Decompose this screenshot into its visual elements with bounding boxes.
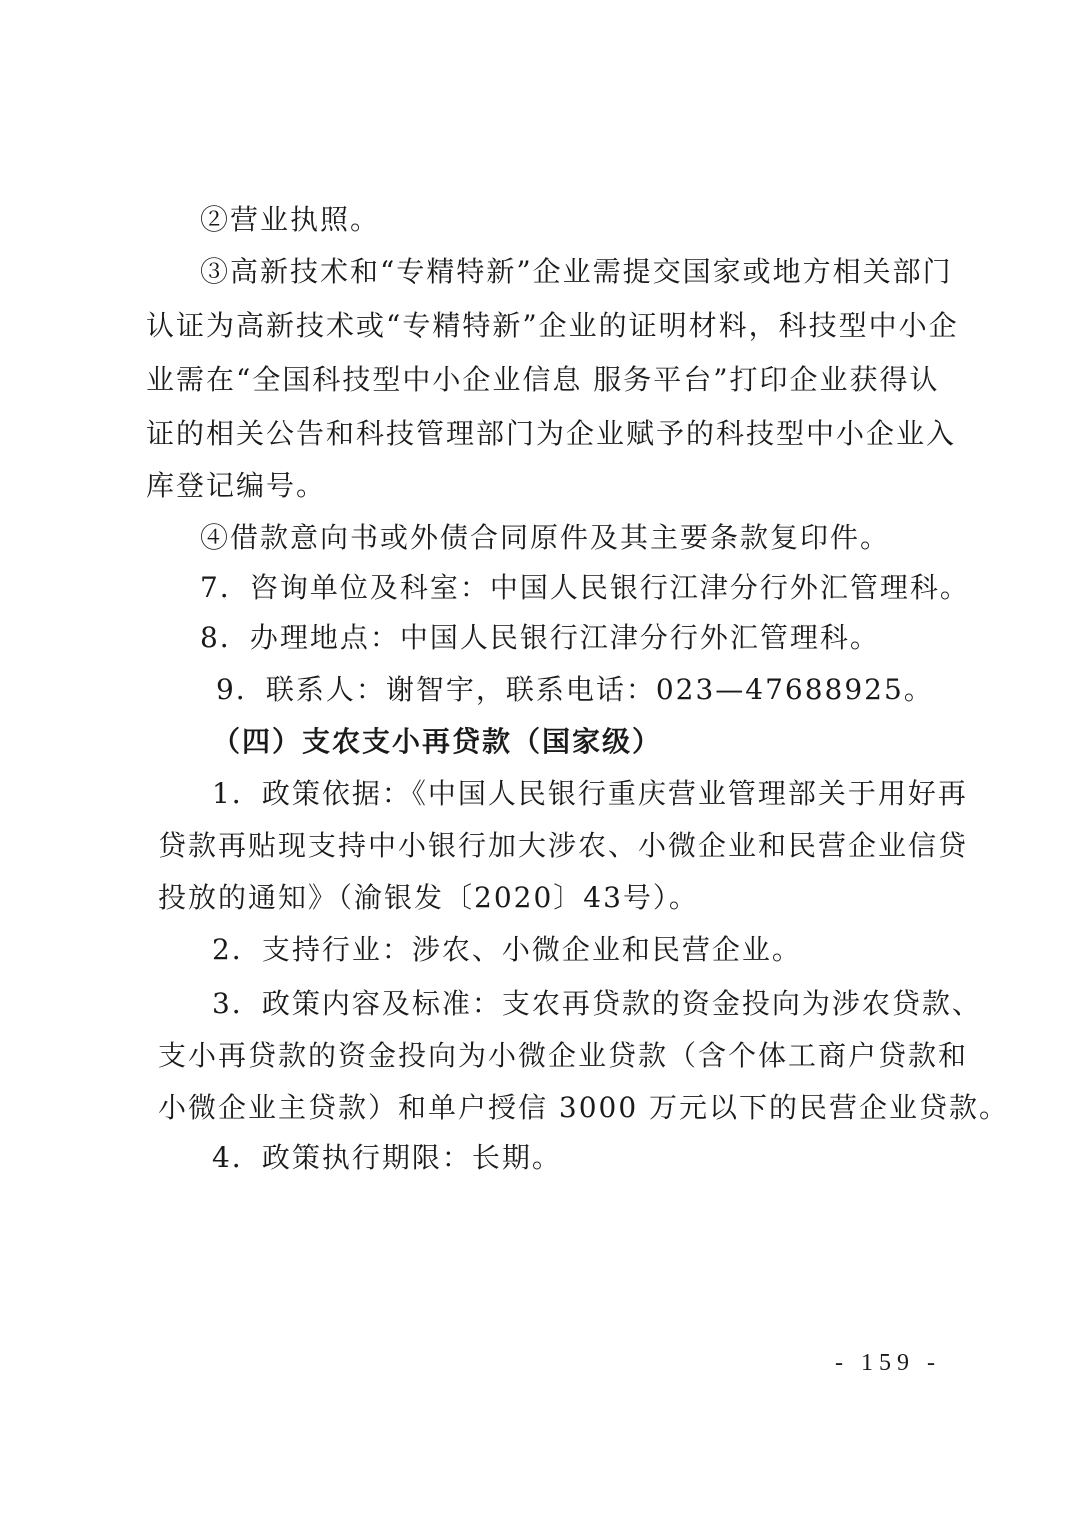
paragraph-high-tech-line4: 证的相关公告和科技管理部门为企业赋予的科技型中小企业入 (146, 418, 956, 450)
paragraph-policy-basis-line2: 贷款再贴现支持中小银行加大涉农、小微企业和民营企业信贷 (158, 830, 968, 862)
paragraph-policy-term: 4．政策执行期限：长期。 (212, 1142, 562, 1174)
paragraph-policy-content-line2: 支小再贷款的资金投向为小微企业贷款（含个体工商户贷款和 (158, 1040, 968, 1072)
paragraph-loan-intent: ④借款意向书或外债合同原件及其主要条款复印件。 (200, 522, 890, 554)
paragraph-handling-location: 8．办理地点：中国人民银行江津分行外汇管理科。 (200, 622, 880, 654)
paragraph-business-license: ②营业执照。 (200, 204, 380, 236)
paragraph-policy-basis-line1: 1．政策依据：《中国人民银行重庆营业管理部关于用好再 (212, 778, 968, 810)
paragraph-high-tech-line2: 认证为高新技术或“专精特新”企业的证明材料，科技型中小企 (146, 310, 959, 342)
paragraph-consult-unit: 7．咨询单位及科室：中国人民银行江津分行外汇管理科。 (200, 572, 970, 604)
paragraph-contact: 9．联系人：谢智宇，联系电话：023—47688925。 (216, 674, 934, 706)
paragraph-supported-industries: 2．支持行业：涉农、小微企业和民营企业。 (212, 934, 802, 966)
section-heading-refinancing: （四）支农支小再贷款（国家级） (212, 726, 662, 758)
paragraph-policy-basis-line3: 投放的通知》（渝银发〔2020〕43号）。 (158, 882, 699, 914)
paragraph-policy-content-line1: 3．政策内容及标准：支农再贷款的资金投向为涉农贷款、 (212, 988, 982, 1020)
paragraph-high-tech-line3: 业需在“全国科技型中小企业信息 服务平台”打印企业获得认 (146, 364, 940, 396)
paragraph-high-tech-line5: 库登记编号。 (146, 470, 326, 502)
page-number: - 159 - (835, 1350, 941, 1377)
paragraph-policy-content-line3: 小微企业主贷款）和单户授信 3000 万元以下的民营企业贷款。 (158, 1092, 1009, 1124)
paragraph-high-tech-line1: ③高新技术和“专精特新”企业需提交国家或地方相关部门 (200, 256, 953, 288)
